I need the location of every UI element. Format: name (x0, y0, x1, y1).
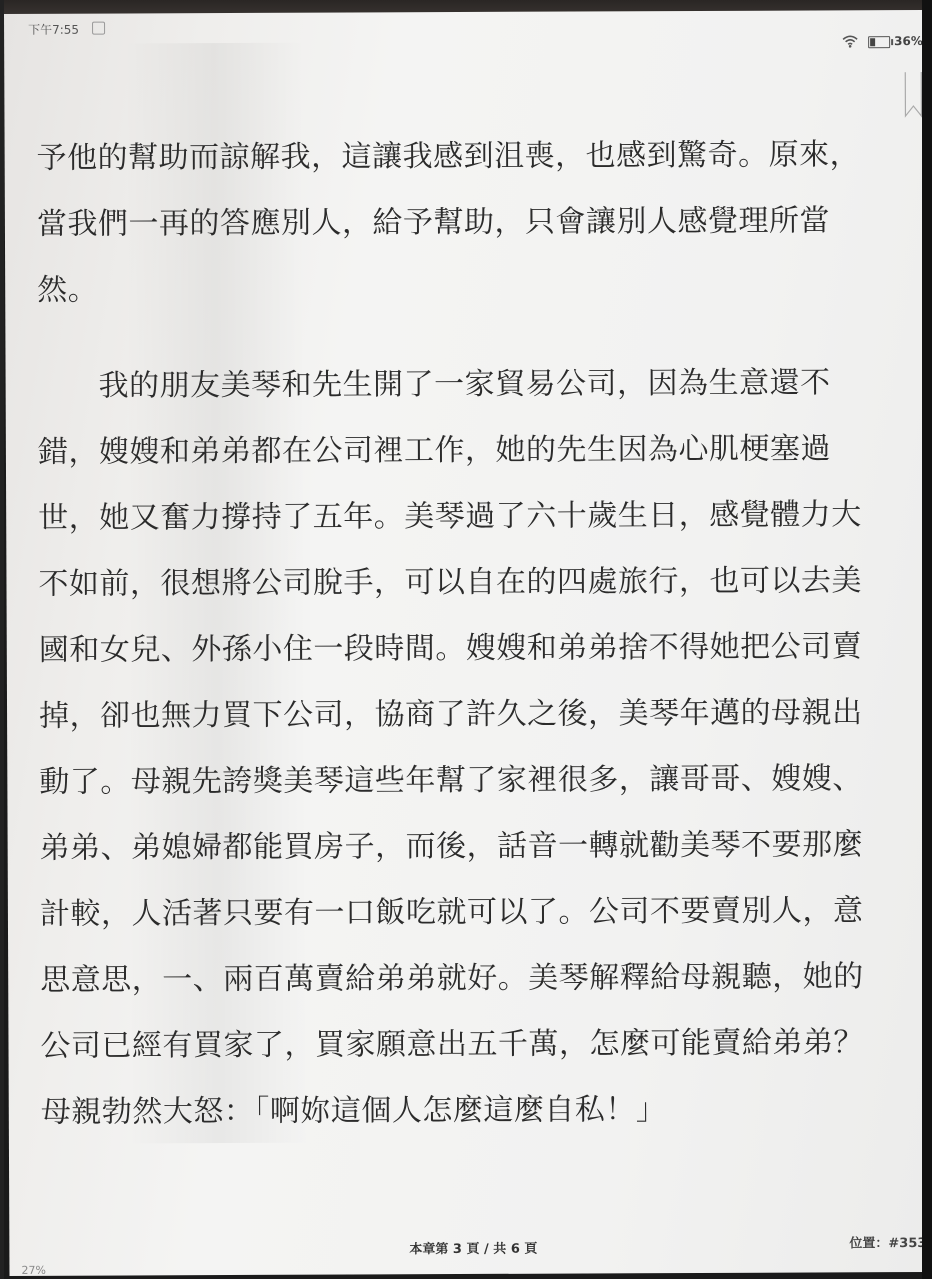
text-line: 公司已經有買家了，買家願意出五千萬，怎麼可能賣給弟弟？ (40, 1010, 900, 1080)
text-line: 掉，卻也無力買下公司，協商了許久之後，美琴年邁的母親出 (39, 680, 899, 750)
text-line: 計較，人活著只要有一口飯吃就可以了。公司不要賣別人，意 (40, 878, 900, 948)
text-line: 我的朋友美琴和先生開了一家貿易公司，因為生意還不 (37, 350, 897, 420)
device-bezel-right (922, 0, 932, 1279)
battery-percent: 36% (894, 34, 923, 48)
bookmark-icon[interactable] (904, 72, 922, 118)
book-text: 予他的幫助而諒解我，這讓我感到沮喪，也感到驚奇。原來， 當我們一再的答應別人，給… (36, 122, 900, 1146)
status-bar: 下午7:55 36% (4, 10, 922, 62)
text-line: 予他的幫助而諒解我，這讓我感到沮喪，也感到驚奇。原來， (36, 122, 896, 192)
location-indicator[interactable]: 位置：#353 (849, 1232, 926, 1251)
chapter-page-info: 本章第 3 頁 / 共 6 頁 (409, 1238, 537, 1258)
text-line: 國和女兒、外孫小住一段時間。嫂嫂和弟弟捨不得她把公司賣 (39, 614, 899, 684)
text-line: 然。 (37, 254, 897, 324)
status-time: 下午7:55 (28, 21, 79, 38)
text-line: 弟弟、弟媳婦都能買房子，而後，話音一轉就勸美琴不要那麼 (39, 812, 899, 882)
text-line: 錯，嫂嫂和弟弟都在公司裡工作，她的先生因為心肌梗塞過 (38, 416, 898, 486)
notification-icon (92, 22, 105, 35)
text-line: 當我們一再的答應別人，給予幫助，只會讓別人感覺理所當 (37, 188, 897, 258)
ereader-screen: 下午7:55 36% 予他的幫助而諒解我，這讓我感到沮喪，也感到驚奇。原來， 當… (4, 10, 927, 1276)
device-bezel-left (0, 0, 4, 1279)
text-line: 世，她又奮力撐持了五年。美琴過了六十歲生日，感覺體力大 (38, 482, 898, 552)
text-line: 思意思，一、兩百萬賣給弟弟就好。美琴解釋給母親聽，她的 (40, 944, 900, 1014)
wifi-icon (842, 34, 858, 48)
text-line: 母親勃然大怒：「啊妳這個人怎麼這麼自私！」 (41, 1076, 901, 1146)
text-line: 不如前，很想將公司脫手，可以自在的四處旅行，也可以去美 (38, 548, 898, 618)
reading-progress: 27% (21, 1264, 46, 1277)
battery-icon (868, 36, 890, 48)
text-line: 動了。母親先誇獎美琴這些年幫了家裡很多，讓哥哥、嫂嫂、 (39, 746, 899, 816)
